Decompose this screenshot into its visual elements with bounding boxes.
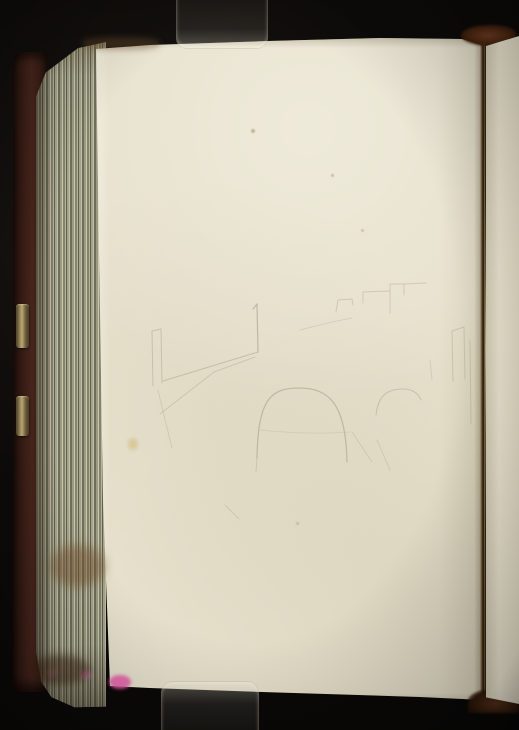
water-stroke	[225, 505, 239, 519]
right-small-mark	[430, 360, 432, 380]
mounting-strap-top	[176, 0, 268, 49]
mounting-strap-bottom	[161, 681, 259, 730]
pencil-sketch	[90, 35, 486, 703]
skyline-buildings	[336, 283, 426, 313]
facing-page-edge	[486, 36, 519, 704]
left-turret	[152, 329, 162, 386]
bridge-deck-line	[163, 352, 258, 381]
brass-clasp-bottom	[16, 396, 29, 436]
right-pier-marks	[352, 432, 390, 470]
main-arch-pier	[256, 458, 257, 472]
spire-stroke	[253, 304, 258, 352]
right-tower	[452, 327, 471, 424]
sketchbook-photo	[0, 0, 519, 730]
far-skyline	[300, 318, 352, 330]
main-arch	[257, 388, 347, 462]
waterline	[260, 430, 350, 433]
right-arch	[376, 389, 421, 415]
brass-clasp-top	[16, 304, 29, 348]
left-bank-curve	[158, 390, 172, 448]
page-gutter	[474, 42, 488, 706]
bridge-parapet-line	[160, 357, 255, 414]
